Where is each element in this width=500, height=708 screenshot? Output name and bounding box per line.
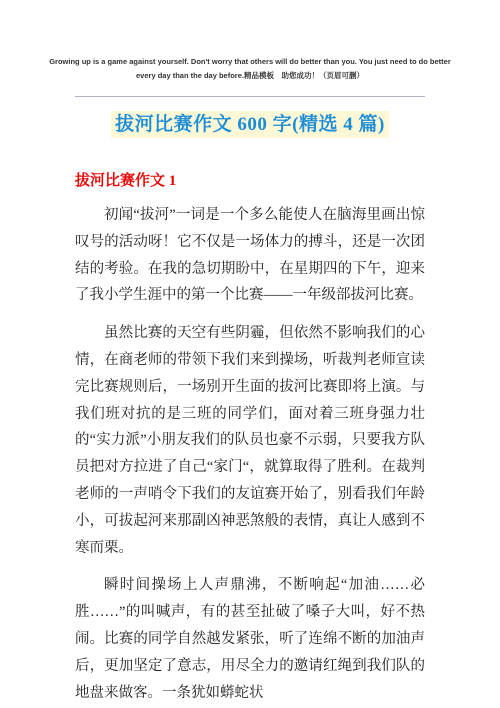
header-note-line-1: Growing up is a game against yourself. D… bbox=[0, 55, 500, 69]
essay-body: 初闻“拔河”一词是一个多么能使人在脑海里画出惊叹号的活动呀！它不仅是一场体力的搏… bbox=[0, 191, 500, 706]
section-heading: 拔河比赛作文 1 bbox=[75, 172, 425, 191]
document-title: 拔河比赛作文 600 字(精选 4 篇) bbox=[0, 109, 500, 136]
header-divider-rule bbox=[75, 96, 425, 97]
document-page: Growing up is a game against yourself. D… bbox=[0, 0, 500, 708]
essay-paragraph-2: 虽然比赛的天空有些阴霾，但依然不影响我们的心情，在商老师的带领下我们来到操场，听… bbox=[75, 320, 425, 561]
essay-paragraph-3: 瞬时间操场上人声鼎沸，不断响起“加油……必胜……”的叫喊声，有的甚至扯破了嗓子大… bbox=[75, 572, 425, 706]
essay-paragraph-1: 初闻“拔河”一词是一个多么能使人在脑海里画出惊叹号的活动呀！它不仅是一场体力的搏… bbox=[75, 202, 425, 309]
page-header-note: Growing up is a game against yourself. D… bbox=[0, 0, 500, 83]
document-title-text: 拔河比赛作文 600 字(精选 4 篇) bbox=[111, 111, 389, 138]
header-note-line-2: every day than the day before.精品模板 助您成功！… bbox=[0, 69, 500, 83]
